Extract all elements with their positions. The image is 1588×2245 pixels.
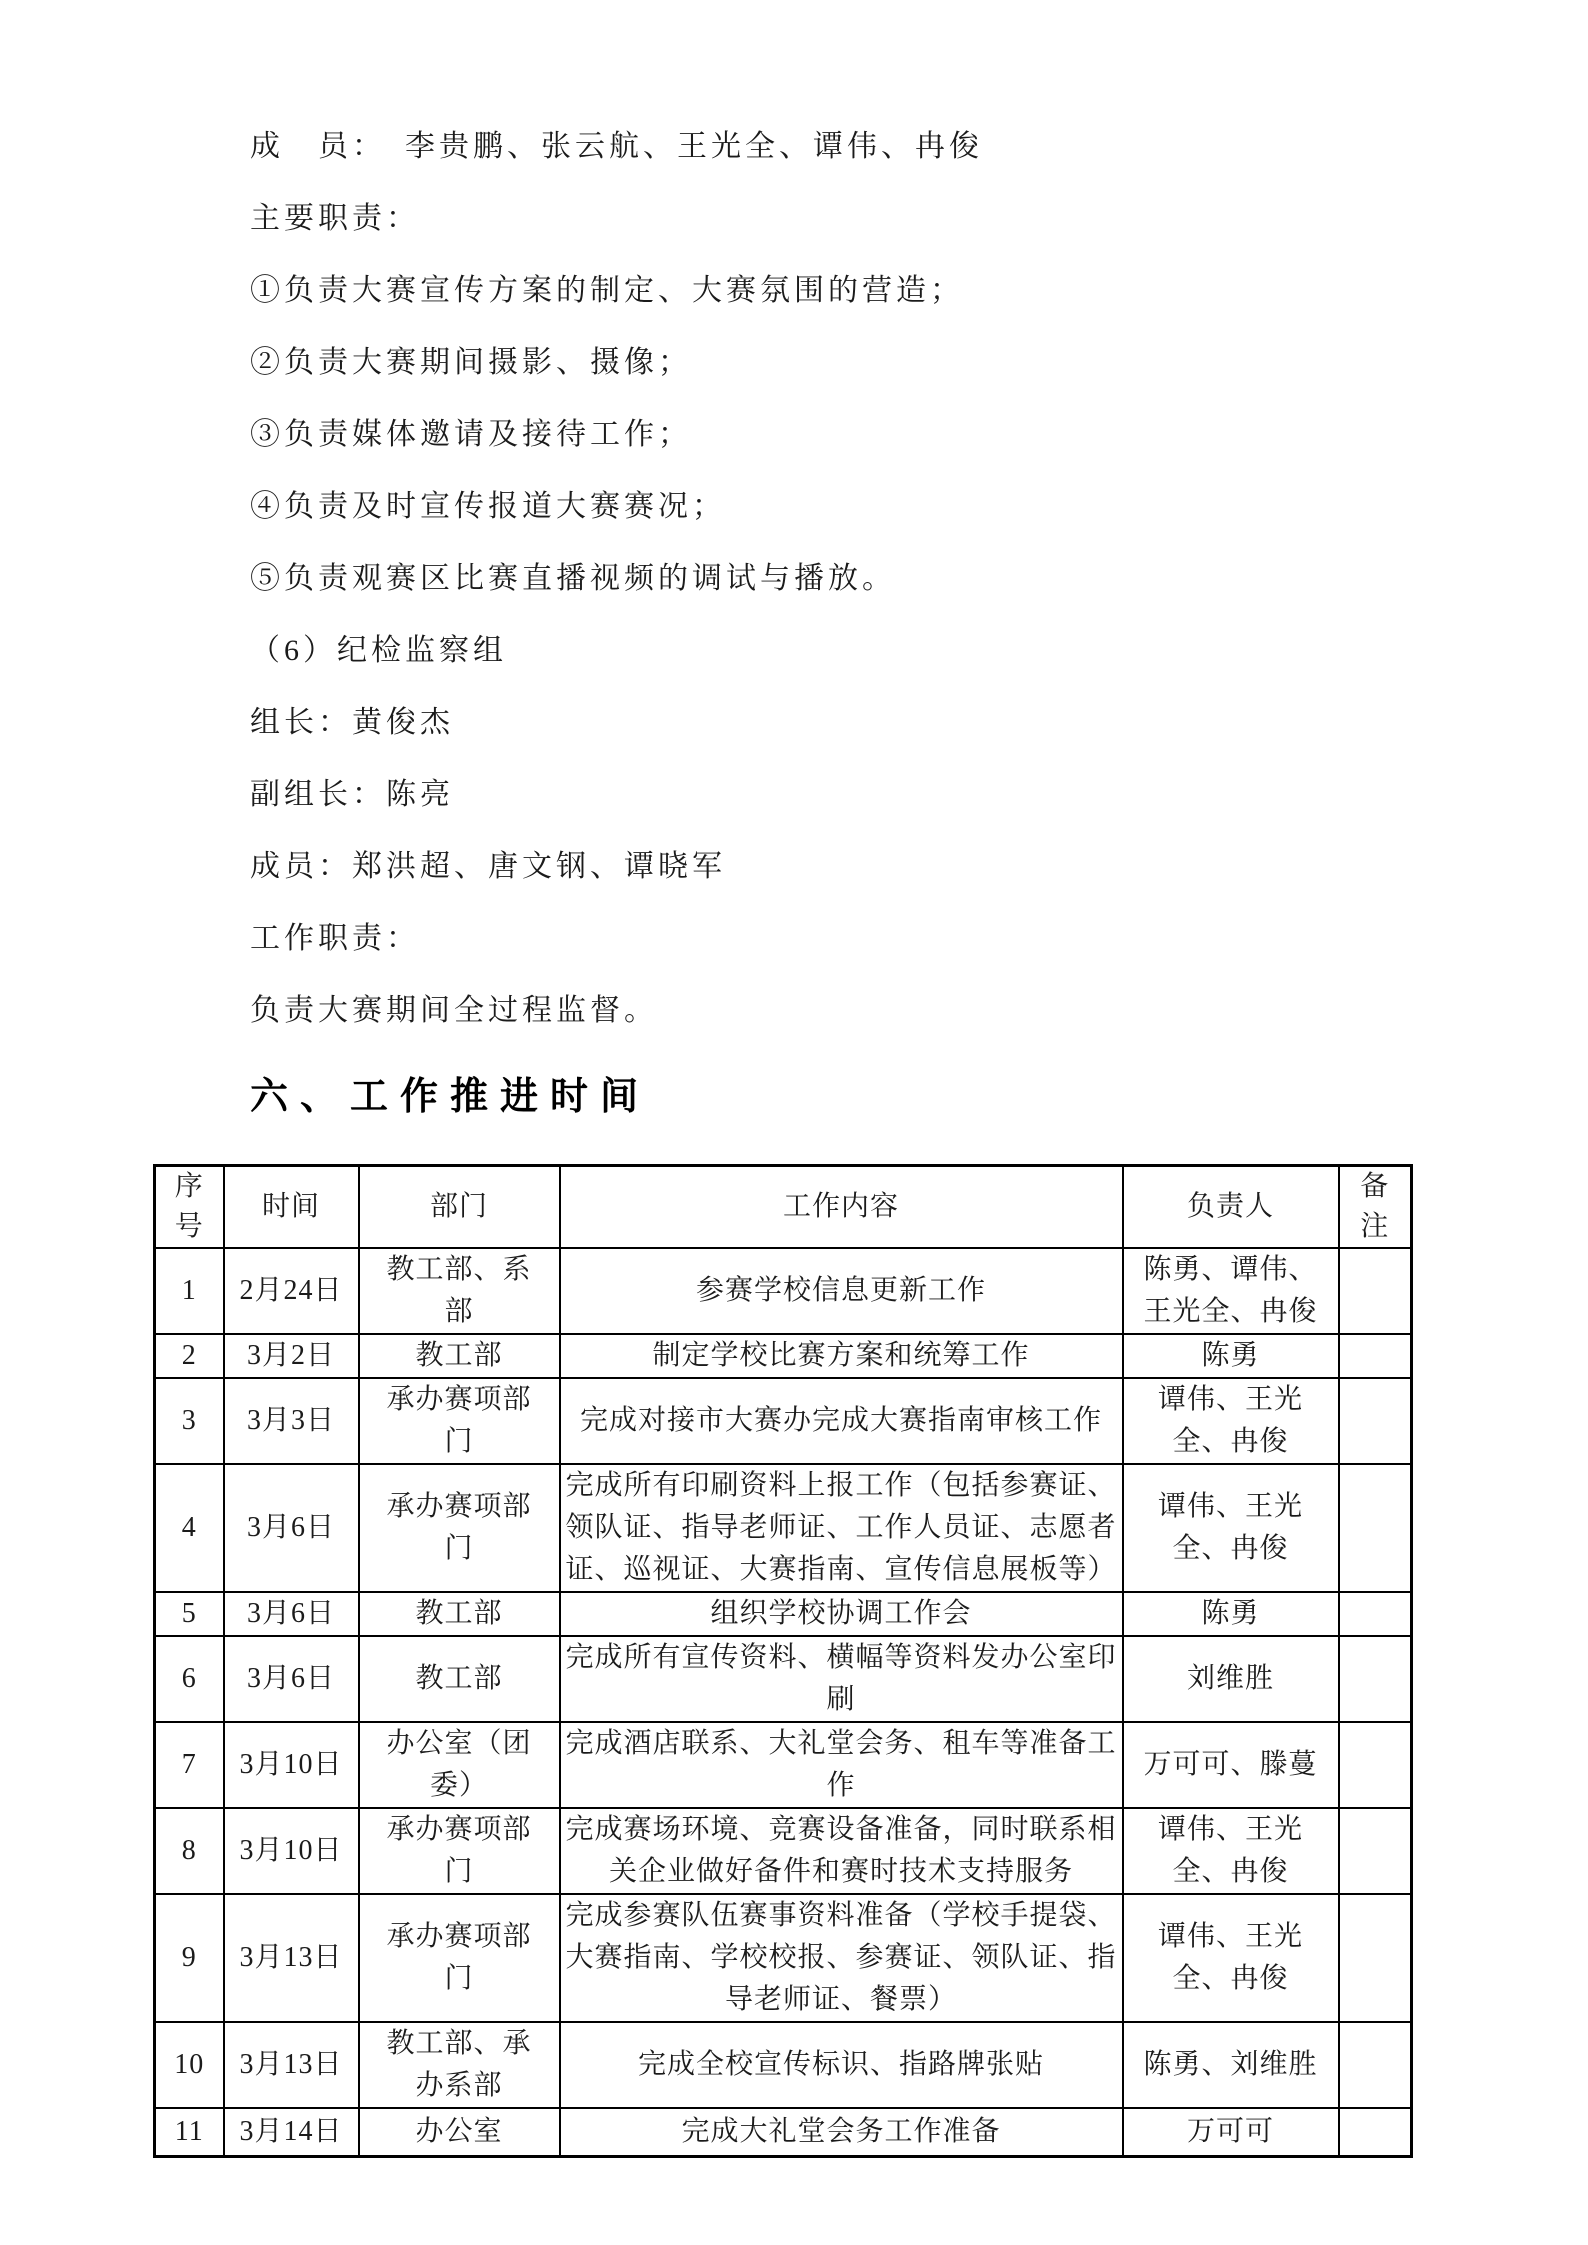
header-row: 序号 时间 部门 工作内容 负责人 备注: [155, 1166, 1412, 1249]
cell-note: [1339, 2108, 1412, 2156]
cell-date: 3月10日: [224, 1808, 359, 1894]
cell-content: 完成酒店联系、大礼堂会务、租车等准备工作: [560, 1722, 1123, 1808]
cell-note: [1339, 1464, 1412, 1592]
cell-note: [1339, 1894, 1412, 2022]
cell-content: 完成所有印刷资料上报工作（包括参赛证、领队证、指导老师证、工作人员证、志愿者证、…: [560, 1464, 1123, 1592]
cell-person: 万可可、滕蔓: [1123, 1722, 1339, 1808]
doc-paragraph-group-title: （6）纪检监察组: [250, 615, 1450, 687]
doc-paragraph-group-members: 成员：郑洪超、唐文钢、谭晓军: [250, 831, 1450, 903]
cell-note: [1339, 1636, 1412, 1722]
table-row: 103月13日教工部、承办系部完成全校宣传标识、指路牌张贴陈勇、刘维胜: [155, 2022, 1412, 2108]
schedule-table-body: 12月24日教工部、系部参赛学校信息更新工作陈勇、谭伟、王光全、冉俊23月2日教…: [155, 1248, 1412, 2156]
header-cell-dept: 部门: [359, 1166, 560, 1249]
cell-dept: 办公室（团委）: [359, 1722, 560, 1808]
cell-date: 3月3日: [224, 1378, 359, 1464]
cell-date: 3月2日: [224, 1334, 359, 1378]
cell-no: 10: [155, 2022, 224, 2108]
cell-dept: 教工部: [359, 1334, 560, 1378]
cell-dept: 承办赛项部门: [359, 1464, 560, 1592]
doc-paragraph-members: 成 员： 李贵鹏、张云航、王光全、谭伟、冉俊: [250, 111, 1450, 183]
header-cell-no: 序号: [155, 1166, 224, 1249]
doc-paragraph-duties-label: 主要职责：: [250, 183, 1450, 255]
cell-date: 3月10日: [224, 1722, 359, 1808]
table-row: 63月6日教工部完成所有宣传资料、横幅等资料发办公室印刷刘维胜: [155, 1636, 1412, 1722]
cell-person: 陈勇: [1123, 1334, 1339, 1378]
cell-note: [1339, 1334, 1412, 1378]
cell-no: 6: [155, 1636, 224, 1722]
table-row: 23月2日教工部制定学校比赛方案和统筹工作陈勇: [155, 1334, 1412, 1378]
cell-note: [1339, 1592, 1412, 1636]
cell-date: 2月24日: [224, 1248, 359, 1334]
cell-person: 万可可: [1123, 2108, 1339, 2156]
cell-no: 4: [155, 1464, 224, 1592]
cell-content: 参赛学校信息更新工作: [560, 1248, 1123, 1334]
cell-date: 3月6日: [224, 1636, 359, 1722]
cell-dept: 承办赛项部门: [359, 1378, 560, 1464]
doc-paragraph-duty-4: ④负责及时宣传报道大赛赛况；: [250, 471, 1450, 543]
cell-person: 陈勇、谭伟、王光全、冉俊: [1123, 1248, 1339, 1334]
cell-no: 8: [155, 1808, 224, 1894]
cell-content: 完成赛场环境、竞赛设备准备，同时联系相关企业做好备件和赛时技术支持服务: [560, 1808, 1123, 1894]
cell-date: 3月13日: [224, 2022, 359, 2108]
cell-content: 组织学校协调工作会: [560, 1592, 1123, 1636]
header-cell-content: 工作内容: [560, 1166, 1123, 1249]
doc-paragraph-leader: 组长：黄俊杰: [250, 687, 1450, 759]
doc-paragraph-work-duty-label: 工作职责：: [250, 903, 1450, 975]
table-row: 83月10日承办赛项部门完成赛场环境、竞赛设备准备，同时联系相关企业做好备件和赛…: [155, 1808, 1412, 1894]
table-row: 43月6日承办赛项部门完成所有印刷资料上报工作（包括参赛证、领队证、指导老师证、…: [155, 1464, 1412, 1592]
doc-paragraph-duty-1: ①负责大赛宣传方案的制定、大赛氛围的营造；: [250, 255, 1450, 327]
cell-person: 谭伟、王光全、冉俊: [1123, 1808, 1339, 1894]
cell-no: 9: [155, 1894, 224, 2022]
cell-dept: 承办赛项部门: [359, 1808, 560, 1894]
cell-content: 完成所有宣传资料、横幅等资料发办公室印刷: [560, 1636, 1123, 1722]
cell-dept: 承办赛项部门: [359, 1894, 560, 2022]
header-cell-note: 备注: [1339, 1166, 1412, 1249]
cell-person: 谭伟、王光全、冉俊: [1123, 1378, 1339, 1464]
cell-dept: 教工部: [359, 1636, 560, 1722]
cell-person: 陈勇: [1123, 1592, 1339, 1636]
table-row: 33月3日承办赛项部门完成对接市大赛办完成大赛指南审核工作谭伟、王光全、冉俊: [155, 1378, 1412, 1464]
cell-content: 完成全校宣传标识、指路牌张贴: [560, 2022, 1123, 2108]
cell-content: 完成大礼堂会务工作准备: [560, 2108, 1123, 2156]
cell-dept: 办公室: [359, 2108, 560, 2156]
cell-content: 完成参赛队伍赛事资料准备（学校手提袋、大赛指南、学校校报、参赛证、领队证、指导老…: [560, 1894, 1123, 2022]
doc-paragraph-duty-5: ⑤负责观赛区比赛直播视频的调试与播放。: [250, 543, 1450, 615]
cell-note: [1339, 1378, 1412, 1464]
header-cell-person: 负责人: [1123, 1166, 1339, 1249]
header-cell-date: 时间: [224, 1166, 359, 1249]
table-row: 113月14日办公室完成大礼堂会务工作准备万可可: [155, 2108, 1412, 2156]
cell-note: [1339, 2022, 1412, 2108]
section-heading: 六、工作推进时间: [250, 1061, 650, 1133]
cell-person: 刘维胜: [1123, 1636, 1339, 1722]
cell-no: 5: [155, 1592, 224, 1636]
work-schedule-table: 序号 时间 部门 工作内容 负责人 备注 12月24日教工部、系部参赛学校信息更…: [153, 1164, 1413, 2158]
cell-note: [1339, 1722, 1412, 1808]
cell-person: 谭伟、王光全、冉俊: [1123, 1464, 1339, 1592]
cell-date: 3月14日: [224, 2108, 359, 2156]
cell-content: 完成对接市大赛办完成大赛指南审核工作: [560, 1378, 1123, 1464]
cell-date: 3月6日: [224, 1464, 359, 1592]
cell-no: 7: [155, 1722, 224, 1808]
cell-dept: 教工部: [359, 1592, 560, 1636]
cell-content: 制定学校比赛方案和统筹工作: [560, 1334, 1123, 1378]
doc-paragraph-deputy-leader: 副组长：陈亮: [250, 759, 1450, 831]
cell-no: 2: [155, 1334, 224, 1378]
cell-note: [1339, 1808, 1412, 1894]
cell-no: 1: [155, 1248, 224, 1334]
doc-paragraph-duty-3: ③负责媒体邀请及接待工作；: [250, 399, 1450, 471]
cell-person: 谭伟、王光全、冉俊: [1123, 1894, 1339, 2022]
document-body: 成 员： 李贵鹏、张云航、王光全、谭伟、冉俊 主要职责： ①负责大赛宣传方案的制…: [250, 111, 1450, 1047]
table-row: 93月13日承办赛项部门完成参赛队伍赛事资料准备（学校手提袋、大赛指南、学校校报…: [155, 1894, 1412, 2022]
cell-no: 3: [155, 1378, 224, 1464]
table-row: 12月24日教工部、系部参赛学校信息更新工作陈勇、谭伟、王光全、冉俊: [155, 1248, 1412, 1334]
table-row: 73月10日办公室（团委）完成酒店联系、大礼堂会务、租车等准备工作万可可、滕蔓: [155, 1722, 1412, 1808]
cell-dept: 教工部、承办系部: [359, 2022, 560, 2108]
cell-no: 11: [155, 2108, 224, 2156]
doc-paragraph-duty-2: ②负责大赛期间摄影、摄像；: [250, 327, 1450, 399]
cell-date: 3月6日: [224, 1592, 359, 1636]
cell-dept: 教工部、系部: [359, 1248, 560, 1334]
document-page: 成 员： 李贵鹏、张云航、王光全、谭伟、冉俊 主要职责： ①负责大赛宣传方案的制…: [0, 0, 1588, 2245]
doc-paragraph-work-duty: 负责大赛期间全过程监督。: [250, 975, 1450, 1047]
schedule-table-header: 序号 时间 部门 工作内容 负责人 备注: [155, 1166, 1412, 1249]
cell-person: 陈勇、刘维胜: [1123, 2022, 1339, 2108]
table-row: 53月6日教工部组织学校协调工作会陈勇: [155, 1592, 1412, 1636]
cell-note: [1339, 1248, 1412, 1334]
cell-date: 3月13日: [224, 1894, 359, 2022]
